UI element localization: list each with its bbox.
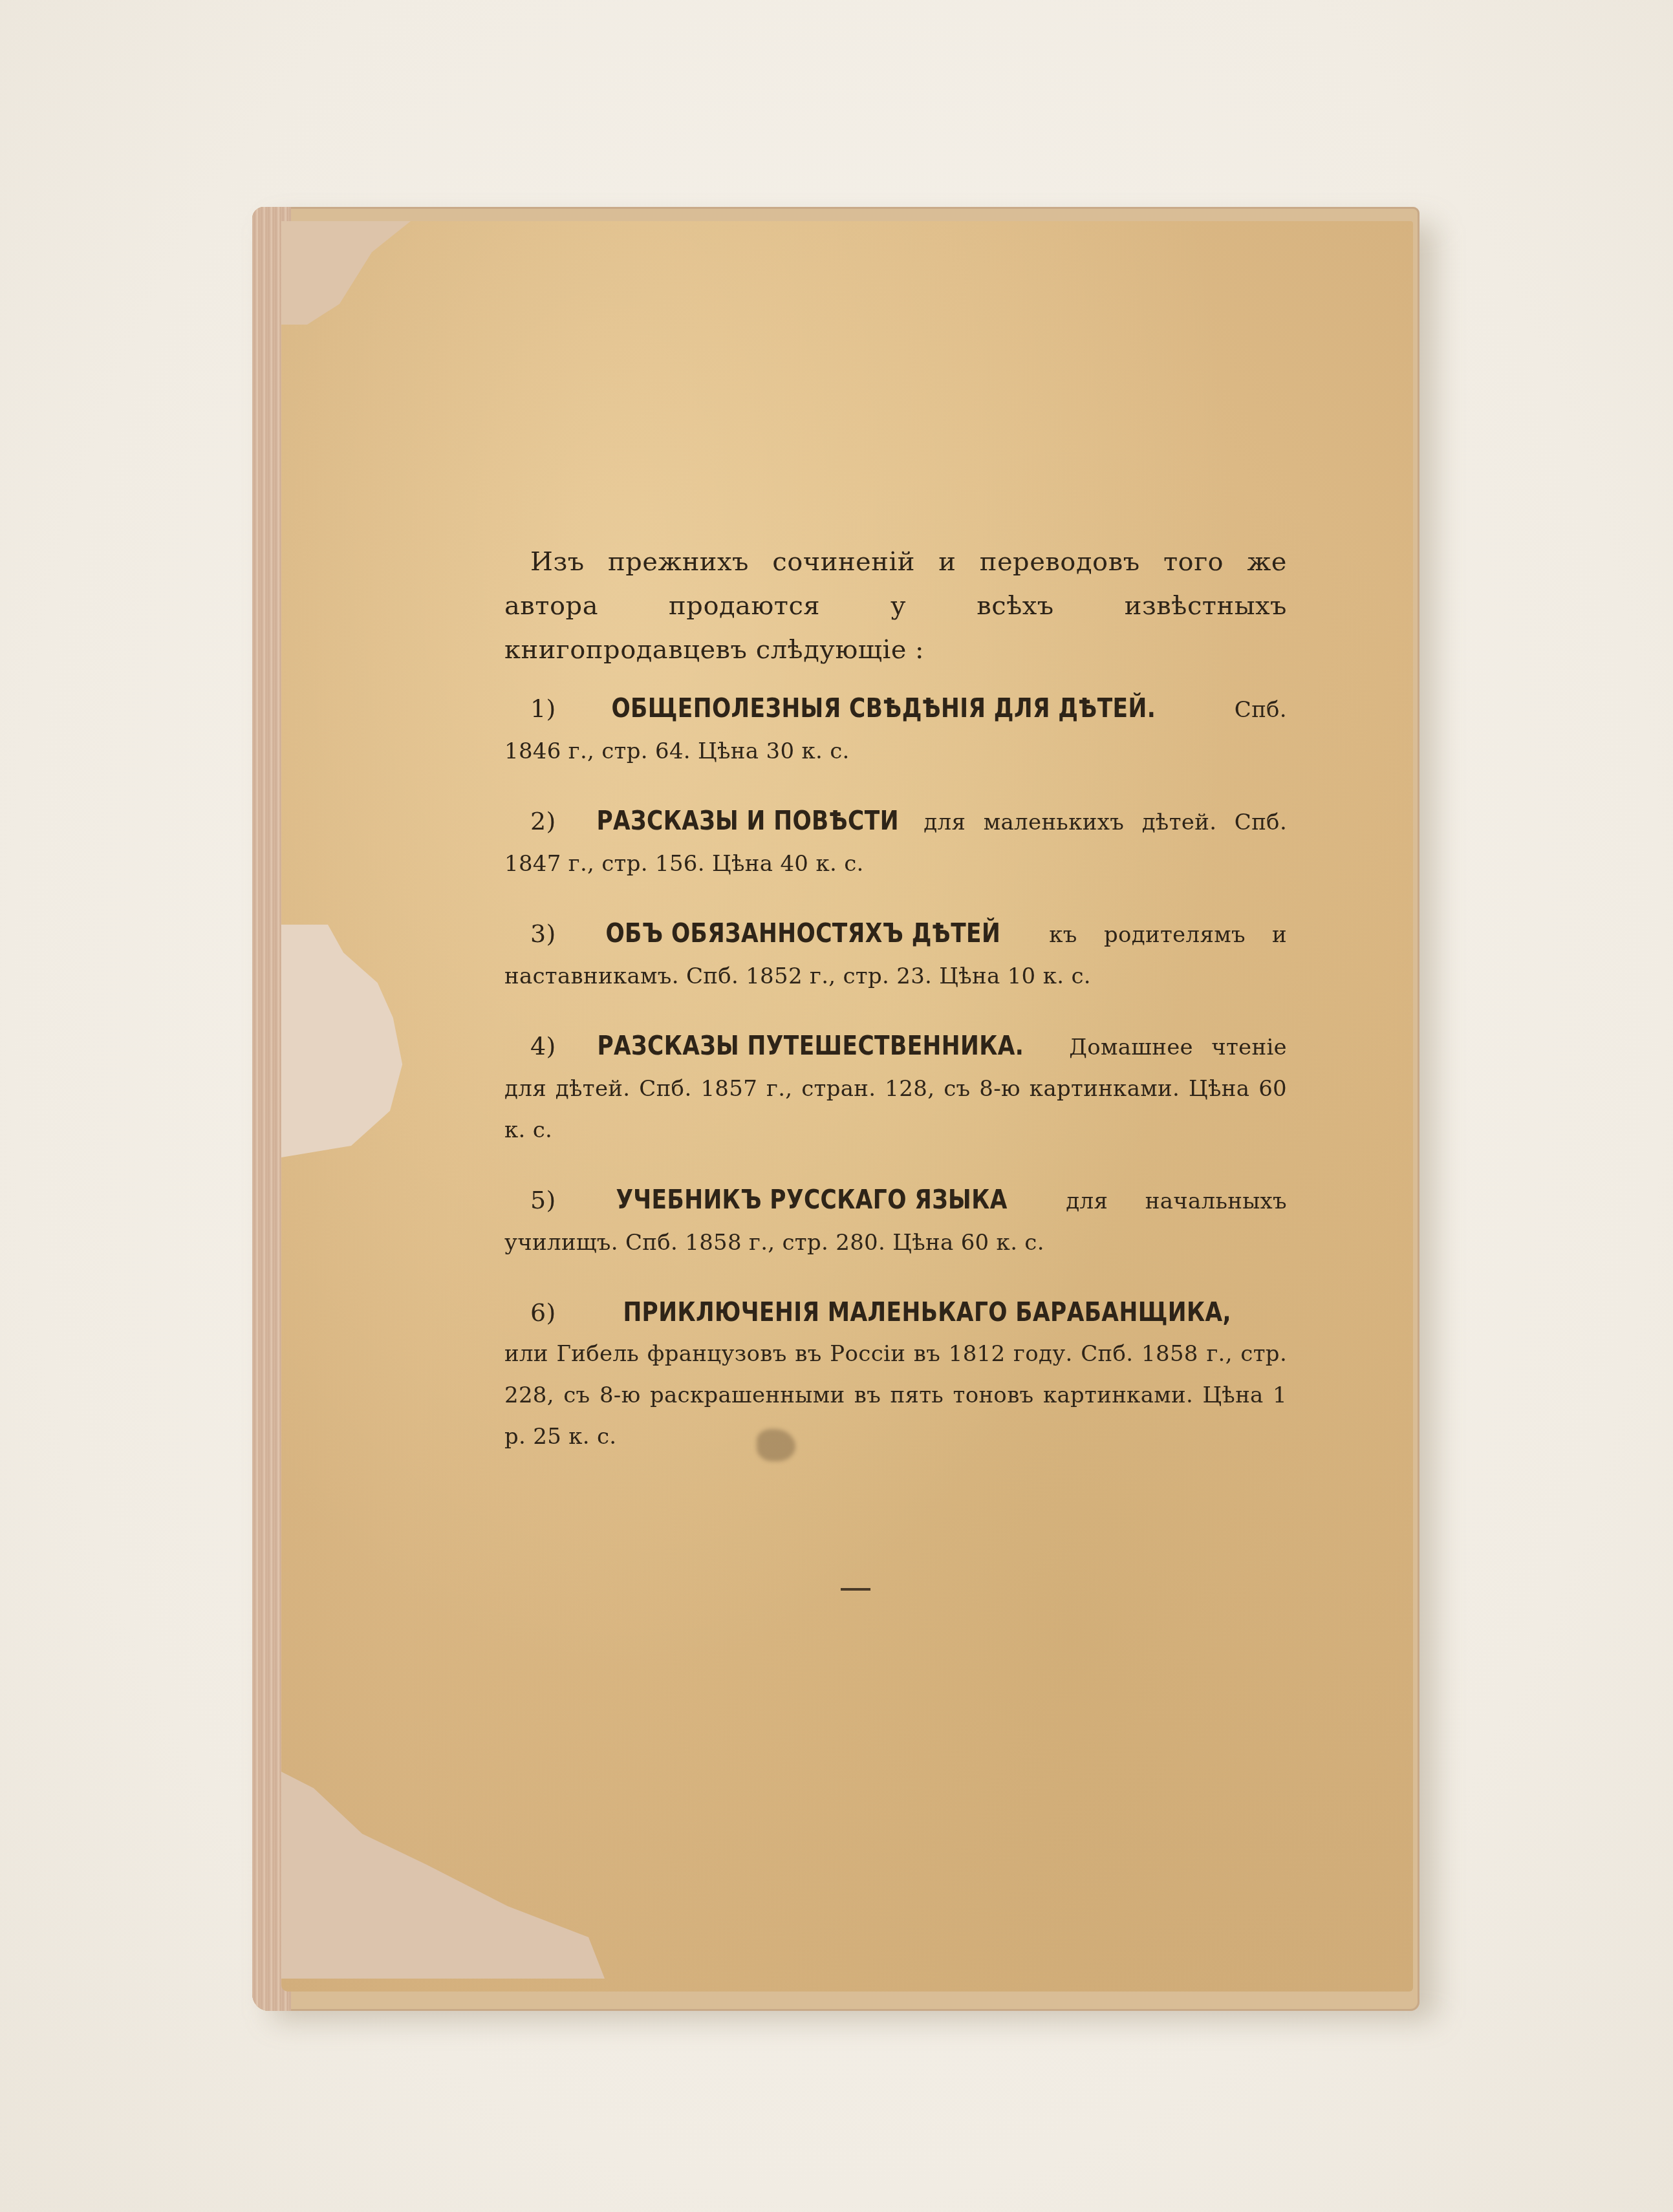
entry-number: 6)	[530, 1298, 556, 1327]
closing-dash	[841, 1588, 870, 1591]
entry-title: РАЗСКАЗЫ И ПОВѢСТИ	[574, 801, 899, 841]
book-entry-4: 4) РАЗСКАЗЫ ПУТЕШЕСТВЕННИКА. Домашнее чт…	[504, 1026, 1287, 1150]
entry-number: 2)	[530, 807, 556, 835]
entry-details: или Гибель французовъ въ Россіи въ 1812 …	[504, 1341, 1287, 1450]
entry-number: 5)	[530, 1186, 556, 1214]
entry-title: ОБЪ ОБЯЗАННОСТЯХЪ ДѢТЕЙ	[583, 914, 1000, 954]
ink-stain	[757, 1429, 795, 1461]
entry-title: ПРИКЛЮЧЕНІЯ МАЛЕНЬКАГО БАРАБАНЩИКА,	[601, 1293, 1231, 1333]
book-entry-6: 6) ПРИКЛЮЧЕНІЯ МАЛЕНЬКАГО БАРАБАНЩИКА, и…	[504, 1293, 1287, 1457]
intro-paragraph: Изъ прежнихъ сочиненій и переводовъ того…	[504, 540, 1287, 672]
book-entry-3: 3) ОБЪ ОБЯЗАННОСТЯХЪ ДѢТЕЙ къ родителямъ…	[504, 914, 1287, 996]
entry-title: РАЗСКАЗЫ ПУТЕШЕСТВЕННИКА.	[575, 1026, 1024, 1066]
advertisement-text: Изъ прежнихъ сочиненій и переводовъ того…	[504, 540, 1287, 1487]
book-entry-2: 2) РАЗСКАЗЫ И ПОВѢСТИ для маленькихъ дѣт…	[504, 801, 1287, 884]
entry-title: ОБЩЕПОЛЕЗНЫЯ СВѢДѢНІЯ ДЛЯ ДѢТЕЙ.	[589, 689, 1156, 729]
entry-title: УЧЕБНИКЪ РУССКАГО ЯЗЫКА	[594, 1180, 1008, 1220]
entry-number: 3)	[530, 919, 556, 948]
book-entry-5: 5) УЧЕБНИКЪ РУССКАГО ЯЗЫКА для начальных…	[504, 1180, 1287, 1263]
entry-number: 1)	[530, 694, 556, 723]
entry-number: 4)	[530, 1032, 556, 1060]
book-entry-1: 1) ОБЩЕПОЛЕЗНЫЯ СВѢДѢНІЯ ДЛЯ ДѢТЕЙ. Спб.…	[504, 689, 1287, 771]
